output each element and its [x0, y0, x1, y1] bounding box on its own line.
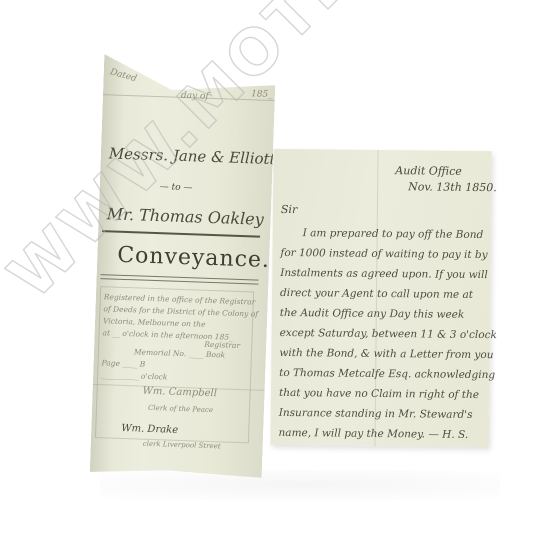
handwritten-letter-document: Audit Office Nov. 13th 1850. Sir I am pr…: [270, 149, 491, 447]
letter-heading-date: Nov. 13th 1850.: [408, 180, 497, 194]
letter-body-line: that you have no Claim in right of the: [279, 387, 479, 401]
letter-body-line: to Thomas Metcalfe Esq. acknowledging: [279, 367, 495, 381]
letter-body-line: I am prepared to pay off the Bond: [303, 227, 484, 241]
letter-body-line: except Saturday, between 11 & 3 o'clock: [280, 327, 497, 341]
floor-shadow: [100, 470, 500, 500]
letter-body-line: the Audit Office any Day this week: [280, 307, 465, 321]
registration-line: Page ____ B: [101, 358, 145, 369]
letter-body-line: for 1000 instead of waiting to pay it by: [280, 247, 487, 261]
deed-to-connector: — to —: [160, 182, 193, 193]
letter-heading-office: Audit Office: [395, 164, 462, 178]
deed-day-of-label: day of: [181, 91, 209, 102]
title-rule: [102, 230, 260, 237]
registration-line: Registrar: [204, 340, 240, 350]
conveyance-deed-document: Dated day of 185_ Messrs. Jane & Elliott…: [90, 54, 276, 478]
letter-body-line: Insurance standing in Mr. Steward's: [279, 407, 473, 421]
letter-body-line: with the Bond, & with a Letter from you: [279, 347, 493, 361]
signature-witness: Wm. Drake: [121, 423, 178, 436]
signature-witness-role: clerk Liverpool Street: [143, 440, 221, 451]
deed-party-two: Mr. Thomas Oakley: [106, 204, 264, 228]
letter-body-line: Instalments as agreed upon. If you will: [280, 267, 488, 281]
letter-body-line: name, I will pay the Money. — H. S.: [279, 427, 469, 441]
photo-stage: Dated day of 185_ Messrs. Jane & Elliott…: [0, 0, 550, 550]
deed-party-one: Messrs. Jane & Elliott: [109, 144, 276, 168]
letter-salutation: Sir: [281, 203, 297, 216]
deed-year-label: 185_: [251, 89, 273, 100]
letter-body-line: direct your Agent to call upon me at: [280, 287, 473, 301]
deed-title: Conveyance.: [117, 243, 271, 273]
